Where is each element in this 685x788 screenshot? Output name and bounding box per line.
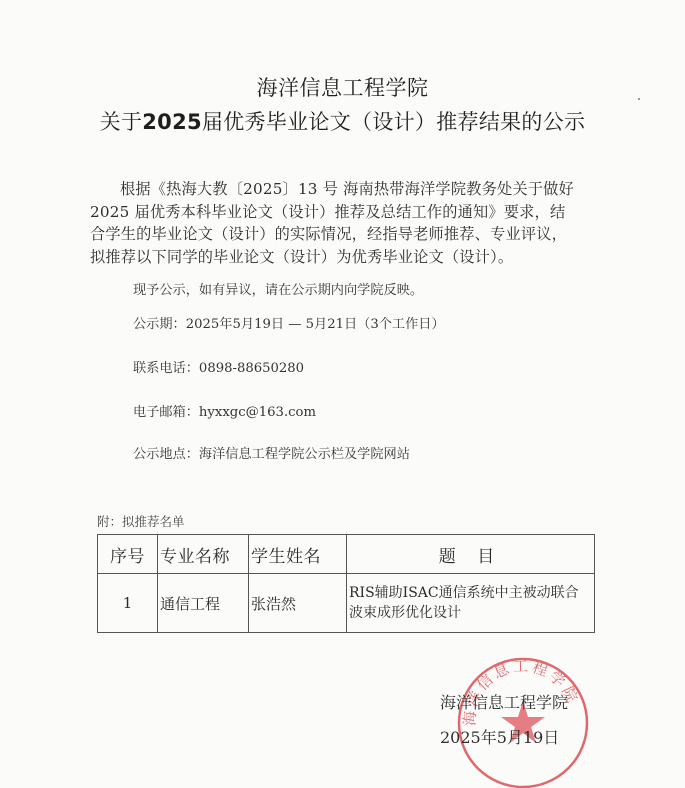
signature-org: 海洋信息工程学院 — [440, 690, 568, 713]
official-seal-icon: 海洋信息工程学院 — [455, 655, 591, 788]
header-major: 专业名称 — [158, 535, 249, 574]
header-title: 题 目 — [347, 535, 595, 574]
body-line: 2025 届优秀本科毕业论文（设计）推荐及总结工作的通知》要求，结 — [90, 201, 630, 224]
header-student: 学生姓名 — [249, 535, 347, 574]
signature-date: 2025年5月19日 — [440, 725, 559, 748]
notice-title-prefix: 关于 — [100, 110, 143, 134]
table-row: 1 通信工程 张浩然 RIS辅助ISAC通信系统中主被动联合波束成形优化设计 — [98, 574, 595, 633]
body-line: 根据《热海大教〔2025〕13 号 海南热带海洋学院教务处关于做好 — [90, 178, 630, 201]
body-line: 合学生的毕业论文（设计）的实际情况，经指导老师推荐、专业评议， — [90, 223, 630, 246]
body-paragraph: 根据《热海大教〔2025〕13 号 海南热带海洋学院教务处关于做好 2025 届… — [90, 178, 630, 268]
recommendation-table: 序号 专业名称 学生姓名 题 目 1 通信工程 张浩然 RIS辅助ISAC通信系… — [97, 534, 595, 633]
notice-title-suffix: 届优秀毕业论文（设计）推荐结果的公示 — [202, 110, 585, 134]
contact-phone: 联系电话：0898-88650280 — [133, 357, 304, 376]
cell-major: 通信工程 — [158, 574, 249, 633]
objection-note: 现予公示，如有异议，请在公示期内向学院反映。 — [133, 279, 423, 298]
cell-index: 1 — [98, 574, 158, 633]
scan-speck — [638, 98, 640, 100]
table-header-row: 序号 专业名称 学生姓名 题 目 — [98, 535, 595, 574]
publicity-period: 公示期：2025年5月19日 — 5月21日（3个工作日） — [133, 313, 445, 332]
notice-page: 海洋信息工程学院 关于2025届优秀毕业论文（设计）推荐结果的公示 根据《热海大… — [0, 0, 685, 788]
body-line: 拟推荐以下同学的毕业论文（设计）为优秀毕业论文（设计）。 — [90, 246, 630, 269]
notice-title-year: 2025 — [142, 110, 202, 134]
notice-title: 关于2025届优秀毕业论文（设计）推荐结果的公示 — [0, 106, 685, 136]
cell-student: 张浩然 — [249, 574, 347, 633]
cell-thesis-title: RIS辅助ISAC通信系统中主被动联合波束成形优化设计 — [347, 574, 595, 633]
contact-email: 电子邮箱：hyxxgc@163.com — [133, 401, 316, 420]
org-title: 海洋信息工程学院 — [0, 72, 685, 102]
attachment-label: 附：拟推荐名单 — [97, 512, 185, 530]
publicity-location: 公示地点：海洋信息工程学院公示栏及学院网站 — [133, 443, 410, 462]
header-index: 序号 — [98, 535, 158, 574]
